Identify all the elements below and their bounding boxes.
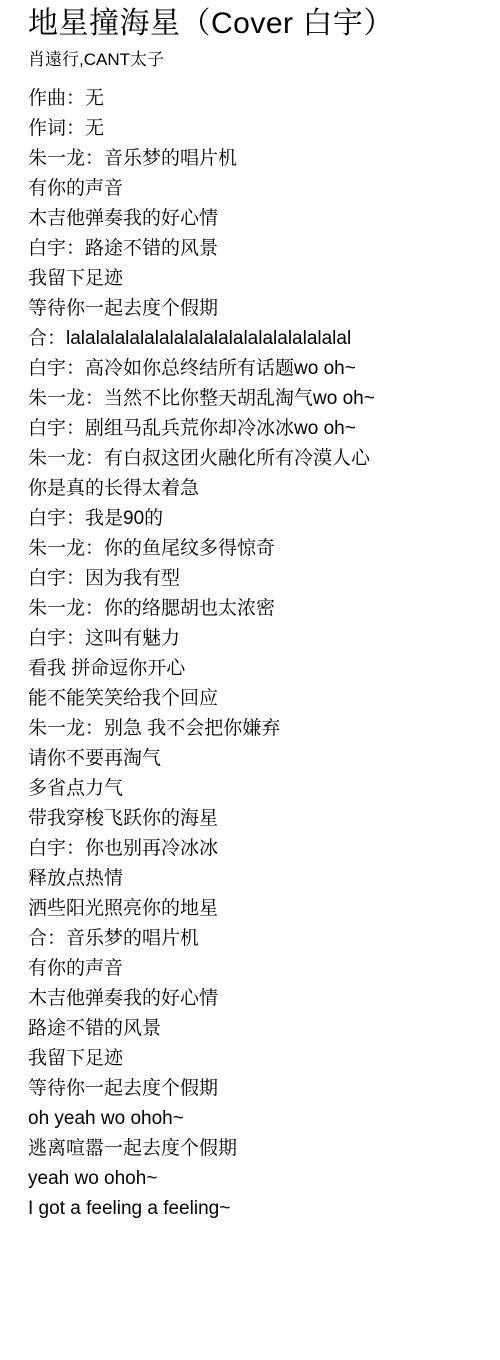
lyric-line: 等待你一起去度个假期 — [28, 294, 480, 324]
lyric-line: 白宇：这叫有魅力 — [28, 624, 480, 654]
lyric-line: 有你的声音 — [28, 954, 480, 984]
lyric-line: 朱一龙：你的鱼尾纹多得惊奇 — [28, 534, 480, 564]
lyric-line: 朱一龙：别急 我不会把你嫌弃 — [28, 714, 480, 744]
lyric-line: 能不能笑笑给我个回应 — [28, 684, 480, 714]
lyric-line: I got a feeling a feeling~ — [28, 1194, 480, 1224]
lyric-line: 作词：无 — [28, 114, 480, 144]
artist-names: 肖遠行,CANT太子 — [28, 49, 480, 71]
lyric-line: 我留下足迹 — [28, 264, 480, 294]
lyric-line: 朱一龙：音乐梦的唱片机 — [28, 144, 480, 174]
lyric-line: 你是真的长得太着急 — [28, 474, 480, 504]
lyric-line: 路途不错的风景 — [28, 1014, 480, 1044]
lyric-line: 逃离喧嚣一起去度个假期 — [28, 1134, 480, 1164]
lyric-line: 白宇：我是90的 — [28, 504, 480, 534]
lyric-line: 朱一龙：你的络腮胡也太浓密 — [28, 594, 480, 624]
lyric-line: 作曲：无 — [28, 84, 480, 114]
lyric-line: 请你不要再淘气 — [28, 744, 480, 774]
lyric-line: 释放点热情 — [28, 864, 480, 894]
lyric-line: 朱一龙：当然不比你整天胡乱淘气wo oh~ — [28, 384, 480, 414]
lyric-line: 合：lalalalalalalalalalalalalalalalalalala… — [28, 324, 480, 354]
lyric-line: 白宇：因为我有型 — [28, 564, 480, 594]
lyric-line: 看我 拼命逗你开心 — [28, 654, 480, 684]
lyrics-page: 地星撞海星（Cover 白宇） 肖遠行,CANT太子 作曲：无作词：无朱一龙：音… — [0, 0, 500, 1360]
lyric-line: 我留下足迹 — [28, 1044, 480, 1074]
page-title: 地星撞海星（Cover 白宇） — [28, 5, 480, 43]
lyric-line: 洒些阳光照亮你的地星 — [28, 894, 480, 924]
lyric-line: yeah wo ohoh~ — [28, 1164, 480, 1194]
lyric-line: 木吉他弹奏我的好心情 — [28, 204, 480, 234]
lyric-line: 白宇：你也别再冷冰冰 — [28, 834, 480, 864]
lyric-line: 木吉他弹奏我的好心情 — [28, 984, 480, 1014]
lyric-line: 有你的声音 — [28, 174, 480, 204]
lyric-line: 合：音乐梦的唱片机 — [28, 924, 480, 954]
lyric-line: oh yeah wo ohoh~ — [28, 1104, 480, 1134]
lyrics-block: 作曲：无作词：无朱一龙：音乐梦的唱片机有你的声音木吉他弹奏我的好心情白宇：路途不… — [28, 84, 480, 1224]
lyric-line: 等待你一起去度个假期 — [28, 1074, 480, 1104]
lyric-line: 白宇：路途不错的风景 — [28, 234, 480, 264]
lyric-line: 白宇：剧组马乱兵荒你却冷冰冰wo oh~ — [28, 414, 480, 444]
lyric-line: 白宇：高冷如你总终结所有话题wo oh~ — [28, 354, 480, 384]
lyric-line: 朱一龙：有白叔这团火融化所有冷漠人心 — [28, 444, 480, 474]
lyric-line: 带我穿梭飞跃你的海星 — [28, 804, 480, 834]
lyric-line: 多省点力气 — [28, 774, 480, 804]
